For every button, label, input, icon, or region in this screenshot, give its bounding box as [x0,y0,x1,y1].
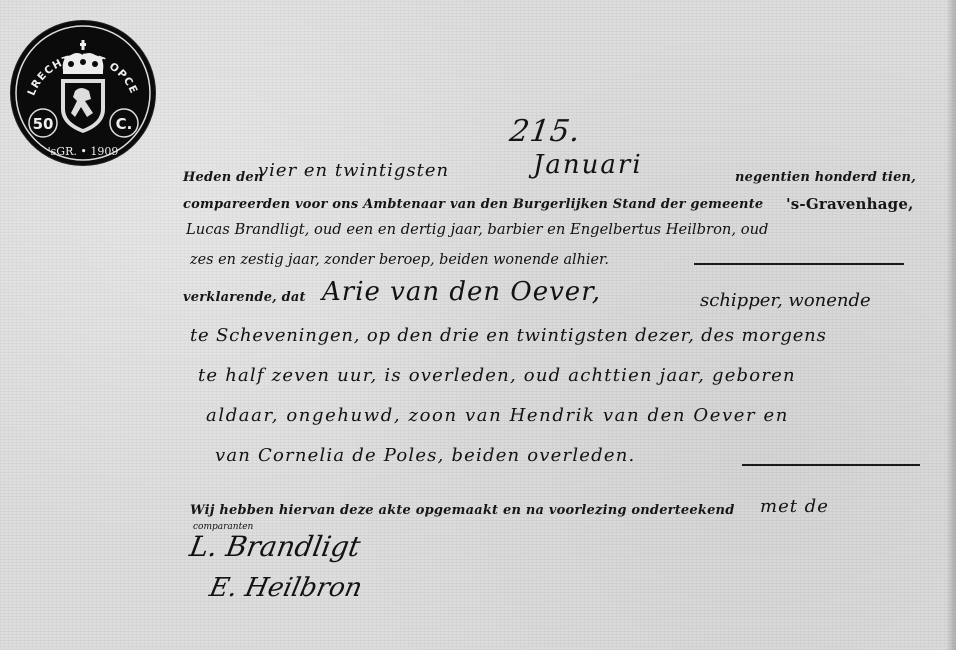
document-page: ZEGELRECHT MET OPCENTEN 50 [0,0,956,650]
tax-stamp-seal: ZEGELRECHT MET OPCENTEN 50 [11,21,155,165]
printed-closing: Wij hebben hiervan deze akte opgemaakt e… [190,503,734,518]
handwritten-time-age: te half zeven uur, is overleden, oud ach… [198,365,796,386]
printed-year: negentien honderd tien, [735,170,916,185]
handwritten-occupation: schipper, wonende [700,290,871,311]
svg-text:C.: C. [116,115,133,133]
printed-heden-den: Heden den [183,170,264,185]
handwritten-place-date: te Scheveningen, op den drie en twintigs… [190,325,827,346]
handwritten-parents-mother: van Cornelia de Poles, beiden overleden. [215,445,635,466]
printed-compareerden: compareerden voor ons Ambtenaar van den … [183,197,763,212]
record-number: 215. [508,114,584,149]
handwritten-deceased-name: Arie van den Oever, [322,277,601,307]
printed-verklarende: verklarende, dat [183,290,306,305]
handwritten-witness-details: zes en zestig jaar, zonder beroep, beide… [190,250,609,268]
signature-heilbron: E. Heilbron [207,573,365,603]
printed-municipality: 's-Gravenhage, [786,195,914,213]
svg-text:'sGR. • 1909: 'sGR. • 1909 [48,145,119,158]
crowned-coat-of-arms-icon: ZEGELRECHT MET OPCENTEN 50 [11,21,155,165]
handwritten-month: Januari [533,150,643,180]
fill-line [742,464,920,466]
svg-text:50: 50 [33,115,54,133]
page-edge-shadow [946,0,956,650]
handwritten-closing: met de [760,496,829,517]
fill-line [694,263,904,265]
handwritten-day: vier en twintigsten [258,160,449,181]
signature-brandligt: L. Brandligt [187,530,363,563]
handwritten-parents-father: aldaar, ongehuwd, zoon van Hendrik van d… [206,405,789,426]
handwritten-witnesses: Lucas Brandligt, oud een en dertig jaar,… [186,220,768,238]
